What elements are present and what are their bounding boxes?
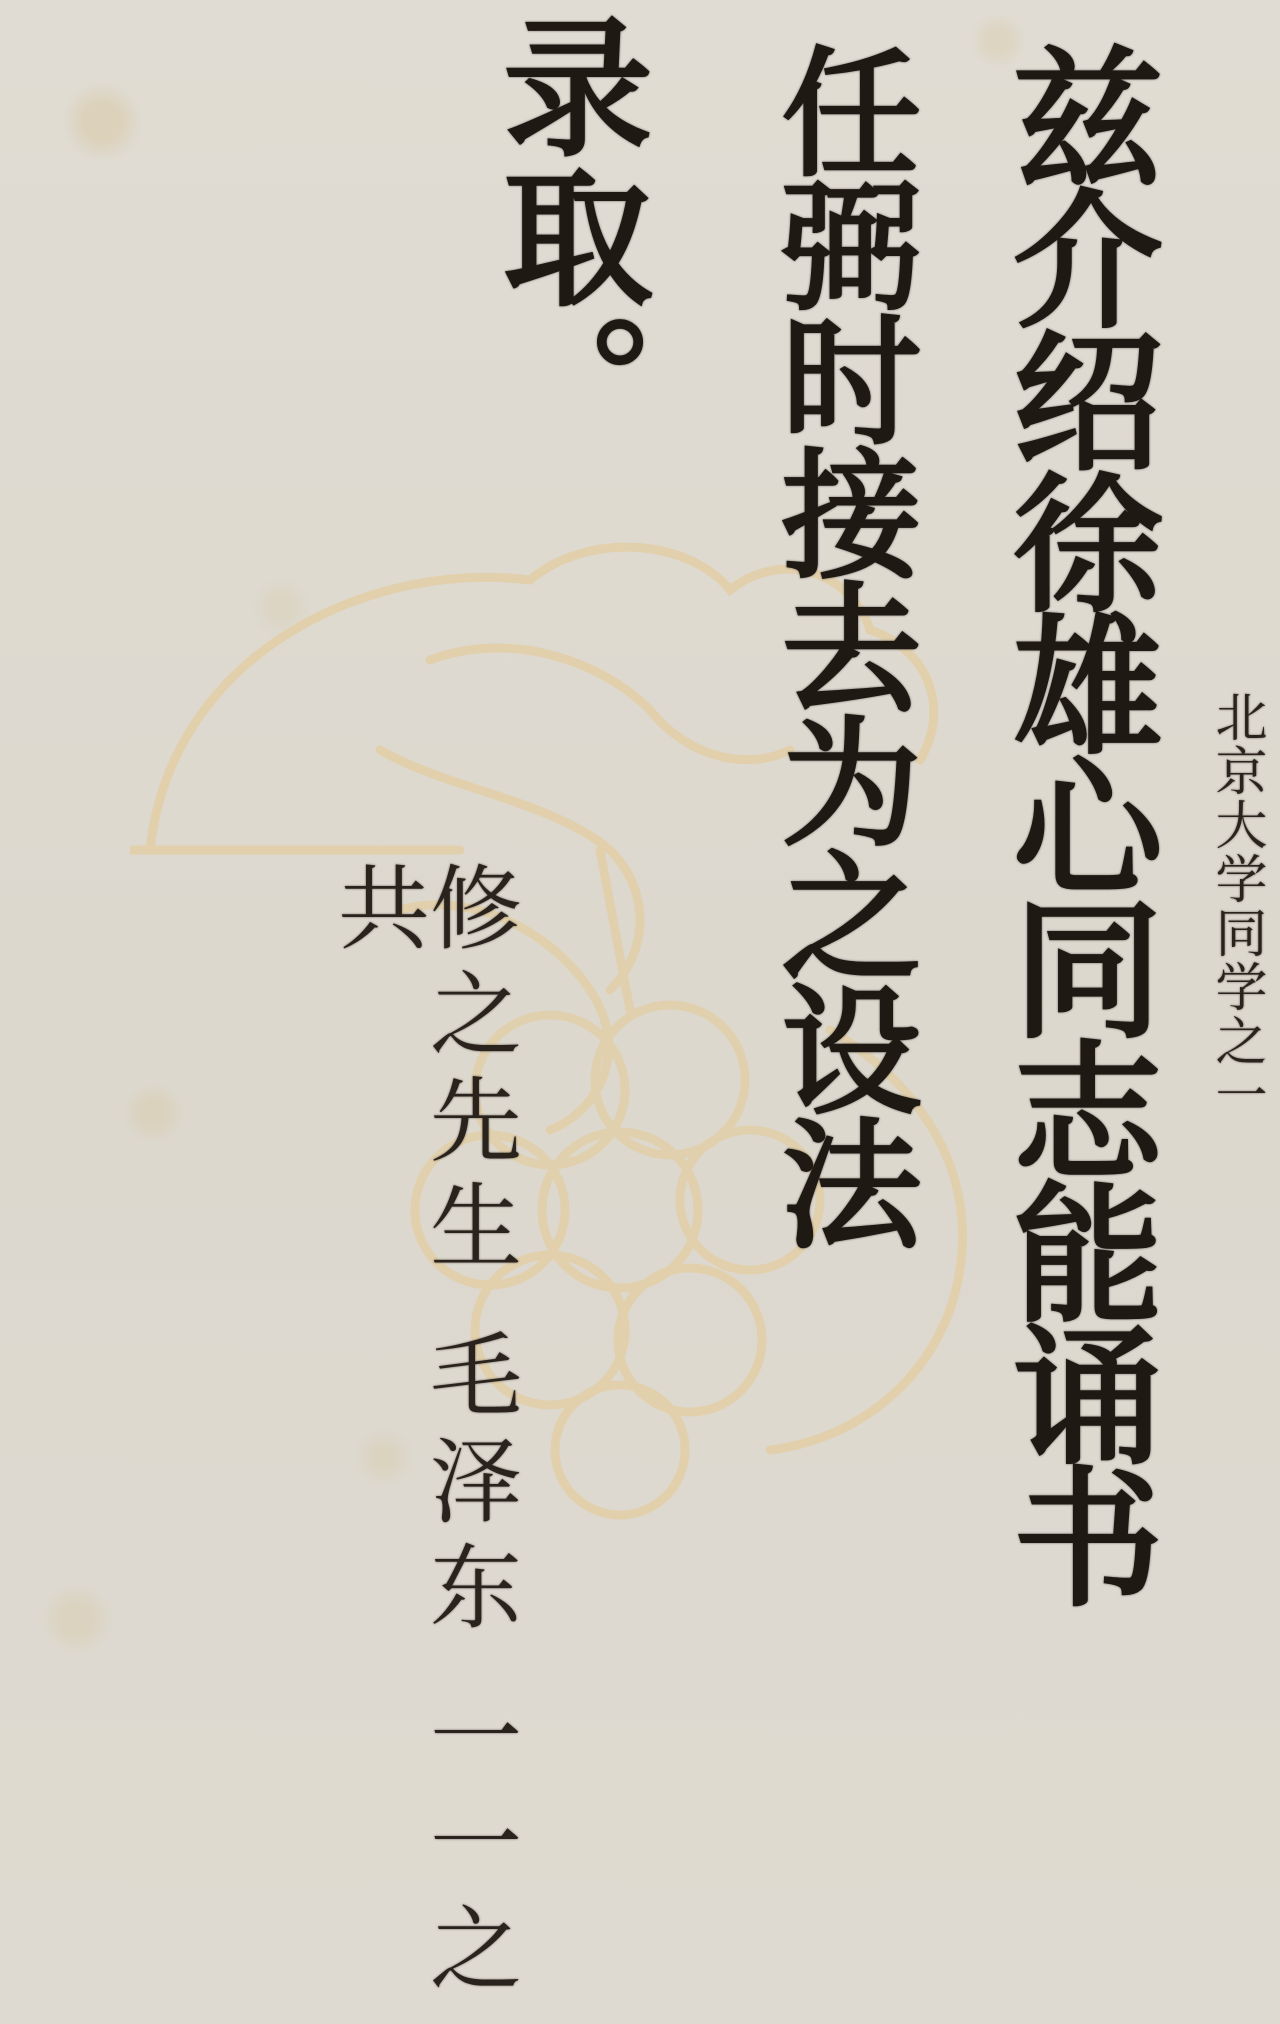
signature: 修之先生 毛泽东 一一之共 <box>330 860 514 2024</box>
letter-column-3: 录取。 <box>490 10 640 460</box>
letter-column-2: 任弼时接去为之设法 <box>770 40 910 1246</box>
letter-column-1: 兹介绍徐雄心同志能诵书 <box>1000 40 1150 1602</box>
interlinear-note: 北京大学同学之一 <box>1210 690 1262 1122</box>
